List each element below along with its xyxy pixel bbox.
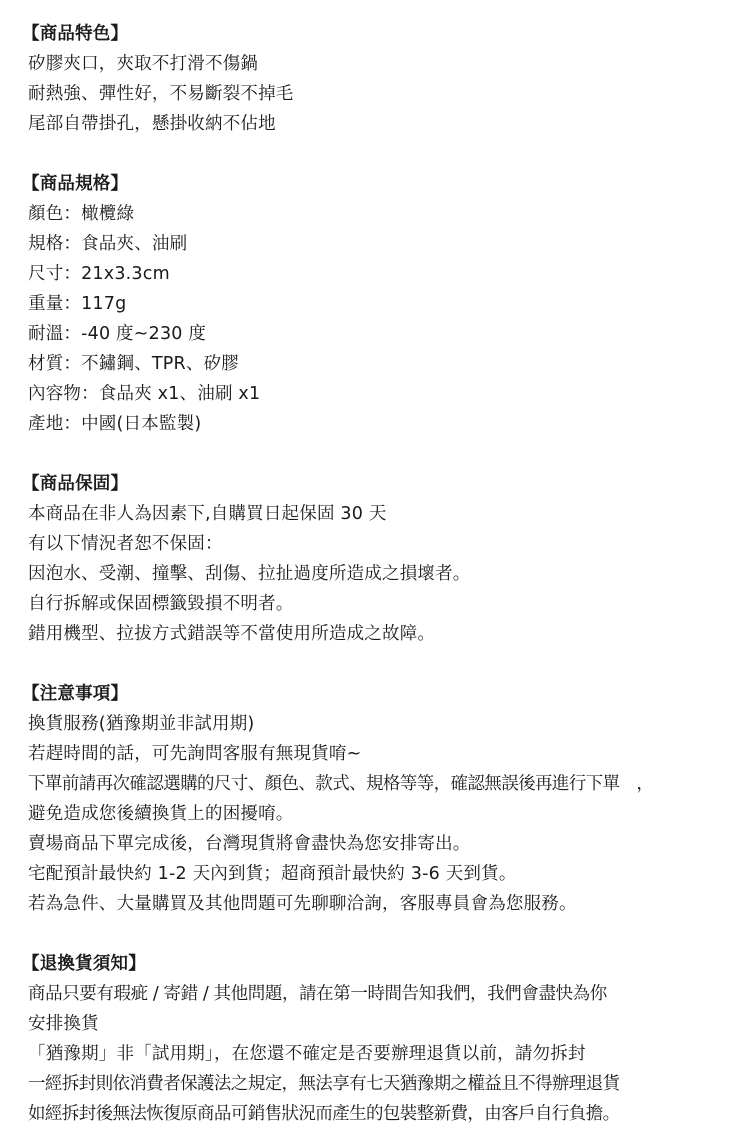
section-heading: 【退換貨須知】 [22,949,750,979]
text-line: 有以下情況者恕不保固： [28,529,750,559]
text-line: 尾部自帶掛孔，懸掛收納不佔地 [28,109,750,139]
text-line: 換貨服務(猶豫期並非試用期) [28,709,750,739]
spec-weight: 重量：117g [28,289,750,319]
section-features: 【商品特色】 矽膠夾口，夾取不打滑不傷鍋 耐熱強、彈性好，不易斷裂不掉毛 尾部自… [28,19,750,139]
text-line: 下單前請再次確認選購的尺寸、顏色、款式、規格等等，確認無誤後再進行下單 ， [28,769,750,799]
text-line: 自行拆解或保固標籤毀損不明者。 [28,589,750,619]
section-notes: 【注意事項】 換貨服務(猶豫期並非試用期) 若趕時間的話，可先詢問客服有無現貨唷… [28,679,750,919]
section-heading: 【商品保固】 [22,469,750,499]
spec-temperature: 耐溫：-40 度~230 度 [28,319,750,349]
text-line: 若為急件、大量購買及其他問題可先聊聊洽詢，客服專員會為您服務。 [28,889,750,919]
text-line: 「猶豫期」非「試用期」，在您還不確定是否要辦理退貨以前，請勿拆封 [28,1039,750,1069]
product-description: 【商品特色】 矽膠夾口，夾取不打滑不傷鍋 耐熱強、彈性好，不易斷裂不掉毛 尾部自… [0,0,750,1129]
text-line: 矽膠夾口，夾取不打滑不傷鍋 [28,49,750,79]
text-line: 若趕時間的話，可先詢問客服有無現貨唷~ [28,739,750,769]
section-heading: 【商品規格】 [22,169,750,199]
section-warranty: 【商品保固】 本商品在非人為因素下,自購買日起保固 30 天 有以下情況者恕不保… [28,469,750,649]
spec-size: 尺寸：21x3.3cm [28,259,750,289]
text-line: 如經拆封後無法恢復原商品可銷售狀況而產生的包裝整新費，由客戶自行負擔。 [28,1099,750,1129]
section-heading: 【注意事項】 [22,679,750,709]
spec-origin: 產地：中國(日本監製) [28,409,750,439]
text-line: 商品只要有瑕疵 / 寄錯 / 其他問題，請在第一時間告知我們，我們會盡快為你 [28,979,750,1009]
text-line: 安排換貨 [28,1009,750,1039]
text-line: 耐熱強、彈性好，不易斷裂不掉毛 [28,79,750,109]
section-heading: 【商品特色】 [22,19,750,49]
section-specifications: 【商品規格】 顏色：橄欖綠 規格：食品夾、油刷 尺寸：21x3.3cm 重量：1… [28,169,750,439]
text-line: 因泡水、受潮、撞擊、刮傷、拉扯過度所造成之損壞者。 [28,559,750,589]
text-line: 一經拆封則依消費者保護法之規定，無法享有七天猶豫期之權益且不得辦理退貨 [28,1069,750,1099]
spec-contents: 內容物：食品夾 x1、油刷 x1 [28,379,750,409]
section-returns: 【退換貨須知】 商品只要有瑕疵 / 寄錯 / 其他問題，請在第一時間告知我們，我… [28,949,750,1129]
text-line: 避免造成您後續換貨上的困擾唷。 [28,799,750,829]
text-line: 本商品在非人為因素下,自購買日起保固 30 天 [28,499,750,529]
spec-material: 材質：不鏽鋼、TPR、矽膠 [28,349,750,379]
spec-color: 顏色：橄欖綠 [28,199,750,229]
text-line: 宅配預計最快約 1-2 天內到貨；超商預計最快約 3-6 天到貨。 [28,859,750,889]
text-line: 錯用機型、拉拔方式錯誤等不當使用所造成之故障。 [28,619,750,649]
text-line: 賣場商品下單完成後，台灣現貨將會盡快為您安排寄出。 [28,829,750,859]
spec-type: 規格：食品夾、油刷 [28,229,750,259]
